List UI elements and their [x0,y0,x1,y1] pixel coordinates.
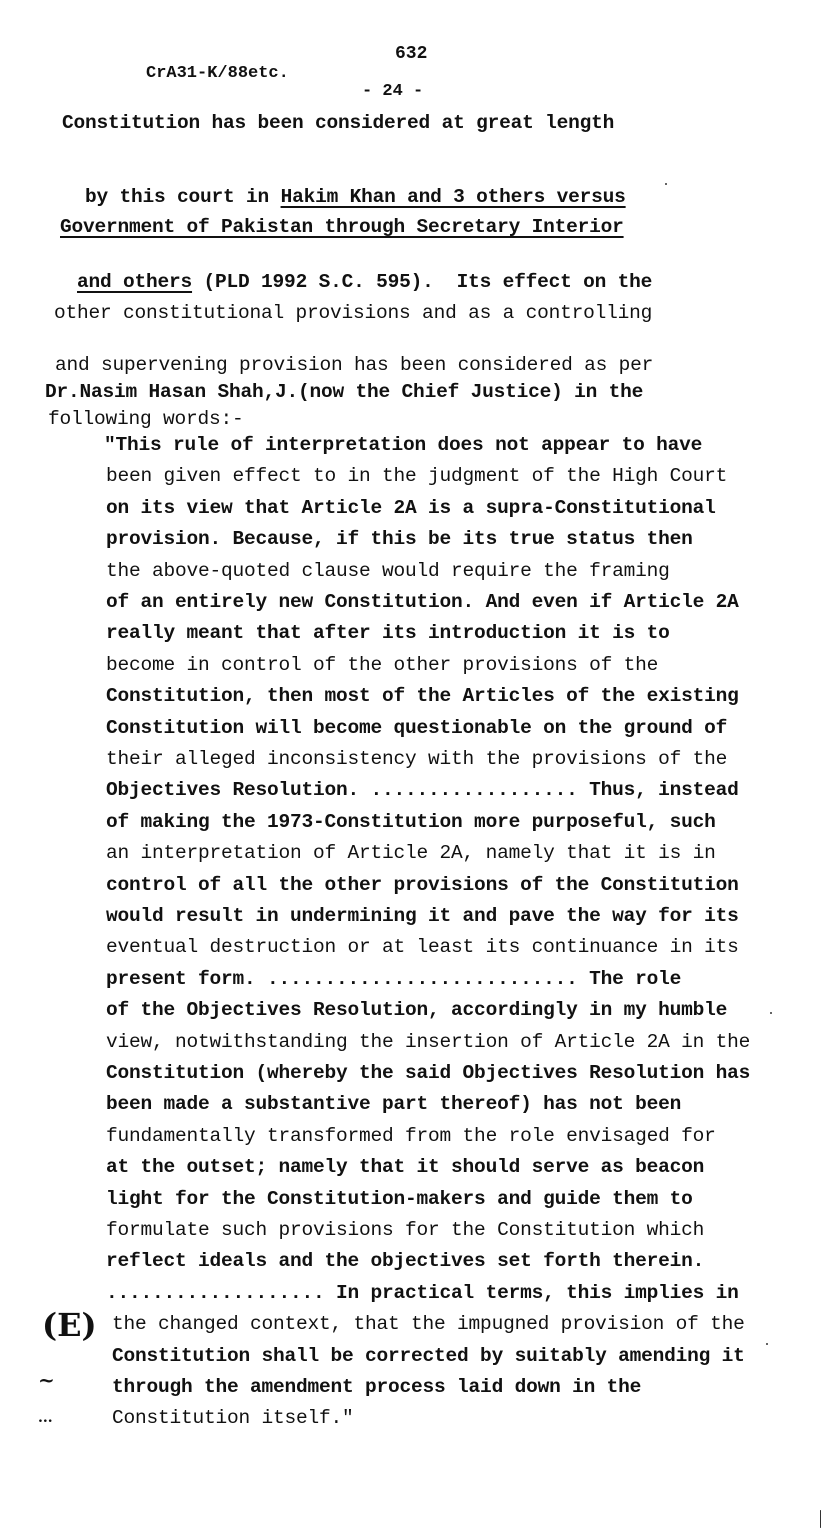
quote-line: on its view that Article 2A is a supra-C… [106,497,716,519]
quote-line: been made a substantive part thereof) ha… [106,1093,681,1115]
quote-line: the above-quoted clause would require th… [106,560,670,582]
quote-line: reflect ideals and the objectives set fo… [106,1250,704,1272]
quote-line: at the outset; namely that it should ser… [106,1156,704,1178]
quote-line: view, notwithstanding the insertion of A… [106,1031,750,1053]
quote-line: Constitution itself." [112,1407,354,1429]
quote-line: of an entirely new Constitution. And eve… [106,591,739,613]
quote-line: become in control of the other provision… [106,654,658,676]
case-citation: Government of Pakistan through Secretary… [60,216,624,238]
quote-line: would result in undermining it and pave … [106,905,739,927]
stamp-number: 632 [395,44,427,64]
quote-line: been given effect to in the judgment of … [106,465,727,487]
quote-line: present form. ..........................… [106,968,681,990]
body-line: Dr.Nasim Hasan Shah,J.(now the Chief Jus… [45,381,643,403]
quote-line: Objectives Resolution. .................… [106,779,739,801]
quote-line: control of all the other provisions of t… [106,874,739,896]
body-text: (PLD 1992 S.C. 595). Its effect on the [192,271,652,293]
page-number: - 24 - [362,82,423,101]
quote-line: Constitution shall be corrected by suita… [112,1345,745,1367]
scan-speck [665,183,667,185]
body-text: by this court in [85,186,281,208]
body-line: Constitution has been considered at grea… [62,112,614,134]
quote-line: fundamentally transformed from the role … [106,1125,716,1147]
quote-line: Constitution (whereby the said Objective… [106,1062,750,1084]
body-line: and supervening provision has been consi… [55,354,653,376]
scan-speck [820,1510,821,1528]
quote-line: light for the Constitution-makers and gu… [106,1188,693,1210]
quote-line: ................... In practical terms, … [106,1282,739,1304]
body-line: other constitutional provisions and as a… [54,302,652,324]
quote-line: through the amendment process laid down … [112,1376,641,1398]
quote-line: Constitution, then most of the Articles … [106,685,739,707]
quote-line: Constitution will become questionable on… [106,717,727,739]
case-reference: CrA31-K/88etc. [146,64,289,83]
quote-line: of making the 1973-Constitution more pur… [106,811,716,833]
case-citation: and others [77,271,192,293]
case-citation: Hakim Khan and 3 others versus [281,186,626,208]
body-line: following words:- [48,408,244,430]
scan-speck [770,1012,772,1014]
quote-line: formulate such provisions for the Consti… [106,1219,704,1241]
scan-speck [766,1343,768,1345]
quote-line: an interpretation of Article 2A, namely … [106,842,716,864]
body-line: and others (PLD 1992 S.C. 595). Its effe… [54,249,652,293]
quote-line: of the Objectives Resolution, accordingl… [106,999,727,1021]
margin-handwritten-mark: (E) [42,1306,97,1344]
quote-line: "This rule of interpretation does not ap… [104,434,702,456]
quote-line: the changed context, that the impugned p… [112,1313,745,1335]
quote-line: really meant that after its introduction… [106,622,670,644]
margin-stamp: ... [38,1410,53,1426]
body-line: by this court in Hakim Khan and 3 others… [62,164,626,208]
quote-line: provision. Because, if this be its true … [106,528,693,550]
quote-line: their alleged inconsistency with the pro… [106,748,727,770]
margin-scribble: ~ [38,1368,55,1392]
quote-line: eventual destruction or at least its con… [106,936,739,958]
